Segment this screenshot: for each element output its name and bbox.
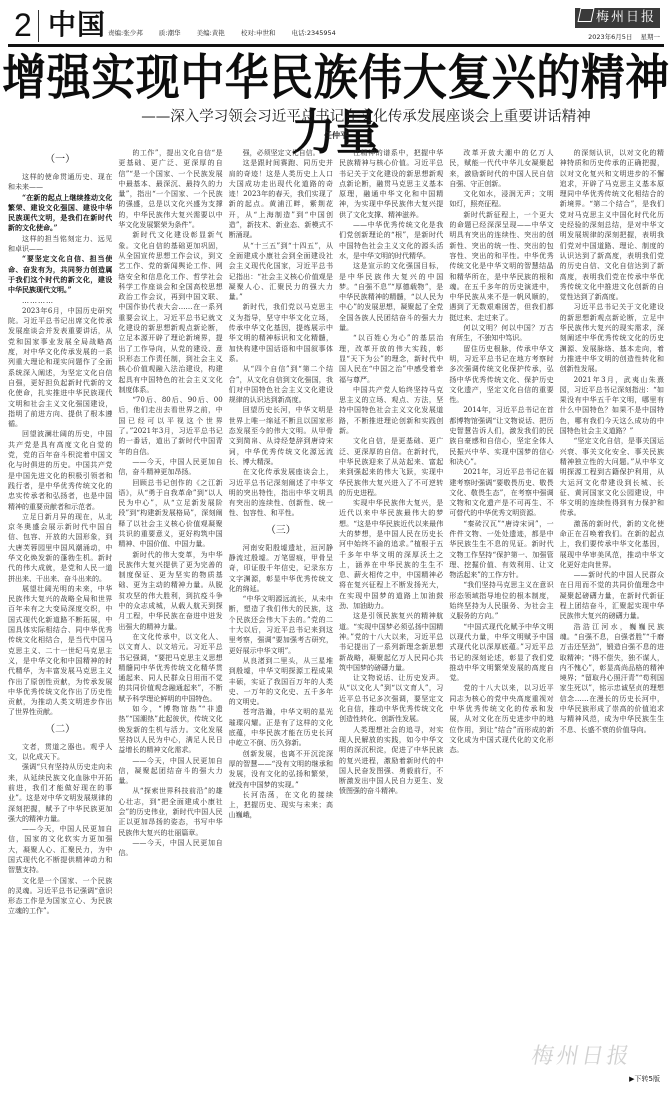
paragraph: 这样的使命贯通历史、现在和未来—— (8, 172, 112, 193)
text-column: 的工作”，提出文化自信“是更基础、更广泛、更深厚的自信”“是一个国家、一个民族发… (118, 148, 222, 1090)
masthead-divider (38, 10, 39, 42)
paragraph: 在文化传承中，以文化人、以文育人、以文培元。习近平总书记强调，“要把马克思主义思… (118, 632, 222, 704)
text-column: （一）这样的使命贯通历史、现在和未来——“在新的起点上继续推动文化繁荣、建设文化… (8, 148, 112, 1090)
paragraph: 回顾总书记创作的《之江新语》，从“勇于自我革命”到“以人民为中心”，从“立足新发… (118, 478, 222, 550)
paragraph: 回望历史长河，中华文明是世界上唯一绵延不断且以国家形态发展至今的伟大文明。从甲骨… (229, 405, 333, 467)
paragraph: “我们坚持马克思主义在意识形态领域指导地位的根本制度，始终坚持为人民服务、为社会… (449, 580, 553, 621)
article-headline: 增强实现中华民族伟大复兴的精神力量 (0, 51, 672, 161)
paragraph: 的深刻认识，以对文化的精神特质和历史传承的正确把握，以对文化复兴和文明进步的不懈… (560, 148, 664, 302)
paragraph: 如今，“博物馆热”“非遗热”“国潮热”此起彼伏，传统文化焕发新的生机与活力。文化… (118, 704, 222, 755)
weekday: 星期一 (641, 33, 661, 41)
article-subheadline: ——深入学习领会习近平总书记在文化传承发展座谈会上重要讲话精神 (0, 108, 672, 126)
paragraph: 展望壮阔光明的未来，中华民族伟大复兴的战略全局和世界百年未有之大变局深度交织，中… (8, 584, 112, 718)
text-column: 在精神的谱系中，把握中华民族精神与核心价值。习近平总书记关于文化建设的新思想新观… (339, 148, 443, 1090)
paragraph: 浩浩江河水，巍巍民族魂。“自强不息，自强者胜”“千磨万击还坚劲”，锻造自强不息的… (560, 622, 664, 735)
paragraph: 强，必须坚定文化自信。 (229, 148, 333, 158)
continued-on-page[interactable]: ▶下转5版 (625, 1074, 660, 1084)
paragraph: 创新发展，也离不开沉淀深厚的智慧——“没有文明的继承和发展，没有文化的弘扬和繁荣… (229, 749, 333, 790)
paragraph: 让文物说话、让历史发声。从“以文化人”到“以文育人”，习近平总书记多次强调，要坚… (339, 673, 443, 724)
credit-check: 校对:申世和 (241, 29, 276, 37)
paragraph: 从“探索世界科技前沿”的雄心壮志，到“把全面建成小康社会”的历史伟业，新时代中国… (118, 786, 222, 837)
text-column: 强，必须坚定文化自信。这是跟时间赛跑、同历史并肩的奇迹！这是人类历史上人口大国成… (229, 148, 333, 1090)
paragraph: 新时代的伟大变革，为中华民族伟大复兴提供了更为完善的制度保证、更为坚实的物质基础… (118, 550, 222, 632)
newspaper-name: 梅州日报 (596, 10, 656, 25)
paragraph: 这样的担当铭刻定力、远见和卓识—— (8, 234, 112, 255)
credit-design: 美编:黄艳 (197, 29, 225, 37)
paragraph: 立足日新月异的现在，从北京冬奥盛会展示新时代中国自信、包容、开放的大国形象，到大… (8, 512, 112, 584)
paragraph: 强调“只有坚持从历史走向未来，从延续民族文化血脉中开拓前进，我们才能做好现在的事… (8, 762, 112, 824)
masthead: 2 中国 责编:张少邦 质:潮华 美编:黄艳 校对:申世和 电话:2345954… (8, 6, 664, 44)
section-heading: （一） (8, 152, 112, 168)
paragraph: “秦砖汉瓦”“唐诗宋词”，一件件文物、一处处遗迹，都是中华民族生生不息的见证。新… (449, 519, 553, 581)
paragraph: “坚定文化自信，是事关国运兴衰、事关文化安全、事关民族精神独立性的大问题。”从中… (560, 436, 664, 518)
paragraph: 文化自信，是更基础、更广泛、更深厚的自信。在新时代，中华民族迎来了从站起来、富起… (339, 436, 443, 498)
paragraph: 长河浩荡，在文化的接续上，把握历史、现实与未来；高山巍峨， (229, 790, 333, 821)
section-heading: （二） (8, 722, 112, 738)
credit-editor: 责编:张少邦 (108, 29, 143, 37)
paragraph: 2021年，习近平总书记在福建考察时强调“要敬畏历史、敬畏文化、敬畏生态”，在考… (449, 467, 553, 518)
paragraph: 新时代文化建设彰显新气象。文化自信的基础更加巩固，从全国宣传思想工作会议，到文艺… (118, 230, 222, 395)
newspaper-logo: 梅州日报 (575, 8, 660, 28)
paragraph: 苍穹浩瀚，中华文明的星光璀璨闪耀。正是有了这样的文化底蕴，中华民族才能在历史长河… (229, 707, 333, 748)
paragraph: 文化是一个国家、一个民族的灵魂。习近平总书记强调“意识形态工作是为国家立心、为民… (8, 876, 112, 917)
section-heading: （三） (229, 523, 333, 539)
section-title: 中国 (48, 9, 106, 41)
paragraph: “中国式现代化赋予中华文明以现代力量，中华文明赋予中国式现代化以深厚底蕴。”习近… (449, 622, 553, 684)
paragraph: “中华文明源远流长，从未中断，塑造了我们伟大的民族，这个民族还会伟大下去的。”党… (229, 594, 333, 656)
article-body: （一）这样的使命贯通历史、现在和未来——“在新的起点上继续推动文化繁荣、建设文化… (8, 148, 664, 1090)
paragraph: 从“四个自信”到“第二个结合”，从文化自信到文化强国，我们对中国特色社会主义文化… (229, 364, 333, 405)
paragraph: 新时代新征程上，一个更大的命题已经深深呈现——中华文明具有突出的连续性、突出的创… (449, 210, 553, 323)
paragraph: 习近平总书记关于文化建设的新思想新观点新论断，立足中华民族伟大复兴的现实需求，深… (560, 302, 664, 374)
paragraph: 留住历史根脉，传承中华文明，习近平总书记在地方考察时多次强调传统文化保护传承，弘… (449, 344, 553, 406)
paragraph: ——今天，中国人民更加自信，凝聚起团结奋斗的强大力量。 (118, 756, 222, 787)
paragraph: ——今天，中国人民更加自信，奋斗精神更加昂扬。 (118, 457, 222, 478)
paragraph: ——中华优秀传统文化是我们党创新理论的“根”，是新时代中国特色社会主义文化的源头… (339, 220, 443, 261)
paragraph: 实现中华民族伟大复兴，是近代以来中华民族最伟大的梦想。“这是中华民族近代以来最伟… (339, 498, 443, 611)
paragraph: “以百姓心为心”的基层治理，改革开放的伟大实践，彰显“天下为公”的理念，新时代中… (339, 333, 443, 384)
paragraph: ——今天，中国人民更加自信，国家的文化软实力更加强大，凝聚人心、汇聚民力，为中国… (8, 824, 112, 875)
paragraph: 人类理想社会的追寻，对实现人民解放的实践，如今中华文明的深沉积淀，促进了中华民族… (339, 725, 443, 797)
paragraph: 的工作”，提出文化自信“是更基础、更广泛、更深厚的自信”“是一个国家、一个民族发… (118, 148, 222, 230)
paragraph: 2021年3月，武夷山朱熹园，习近平总书记深刻指出：“如果没有中华五千年文明，哪… (560, 375, 664, 437)
quote-paragraph: “要坚定文化自信、担当使命、奋发有为，共同努力创造属于我们这个时代的新文化，建设… (8, 254, 112, 295)
paragraph: “70后、80后、90后、00后，他们走出去看世界之前，中国已经可以平视这个世界… (118, 395, 222, 457)
paragraph: 新时代，我们党以马克思主义为指导，坚守中华文化立场，传承中华文化基因，提炼展示中… (229, 302, 333, 364)
paragraph: 在精神的谱系中，把握中华民族精神与核心价值。习近平总书记关于文化建设的新思想新观… (339, 148, 443, 220)
paragraph: 在文化传承发展座谈会上，习近平总书记深刻阐述了中华文明的突出特性，指出中华文明具… (229, 467, 333, 518)
credit-proof: 质:潮华 (159, 29, 181, 37)
text-column: 的深刻认识，以对文化的精神特质和历史传承的正确把握，以对文化复兴和文明进步的不懈… (560, 148, 664, 1090)
paragraph: 文化如水，浸润无声；文明如灯，照亮征程。 (449, 189, 553, 210)
paragraph: 2023年6月，中国历史研究院。习近平总书记出席文化传承发展座谈会并发表重要讲话… (8, 306, 112, 430)
issue-date: 2023年6月5日 星期一 (582, 32, 660, 41)
masthead-rule (8, 44, 664, 47)
paragraph: 河南安阳殷墟遗址，洹河静静流过殷墟。万笔留痕，甲骨呈奇，印证殷千年信史，记录东方… (229, 543, 333, 594)
credit-phone: 电话:2345954 (292, 29, 336, 37)
text-column: 改革开放大潮中的亿万人民，赋能一代代中华儿女凝聚起来，激励新时代的中国人民自信自… (449, 148, 553, 1090)
paragraph: 这是引领民族复兴的精神航道。“实现中国梦必须弘扬中国精神。”党的十八大以来，习近… (339, 611, 443, 673)
paragraph: 中国共产党人始终坚持马克思主义的立场、观点、方法，坚持中国特色社会主义文化发展道… (339, 385, 443, 436)
paragraph: 改革开放大潮中的亿万人民，赋能一代代中华儿女凝聚起来，激励新时代的中国人民自信自… (449, 148, 553, 189)
date: 2023年6月5日 (588, 33, 632, 41)
paragraph: 回望波澜壮阔的历史，中国共产党是具有高度文化自觉的党，党的百年奋斗积淀着中国文化… (8, 429, 112, 511)
article-byline: 任仲平 (0, 130, 672, 141)
paragraph: 文者，贯道之器也。观乎人文，以化成天下。 (8, 742, 112, 763)
ellipsis-separator: ………… (8, 296, 112, 306)
paragraph: 2014年，习近平总书记在首都博物馆强调“让文物说话、把历史智慧告诉人们，激发我… (449, 405, 553, 467)
paragraph: 这是跟时间赛跑、同历史并肩的奇迹！这是人类历史上人口大国成功走出现代化道路的奇迹… (229, 158, 333, 240)
editorial-credits: 责编:张少邦 质:潮华 美编:黄艳 校对:申世和 电话:2345954 (108, 28, 344, 37)
page-number: 2 (14, 8, 32, 42)
paragraph: 激荡的新时代，新的文化使命正在召唤着我们。在新的起点上，我们要传承中华文化基因，… (560, 519, 664, 570)
paragraph: 从“十三五”到“十四五”，从全面建成小康社会到全面建设社会主义现代化国家，习近平… (229, 241, 333, 303)
quote-paragraph: “在新的起点上继续推动文化繁荣、建设文化强国、建设中华民族现代文明，是我们在新时… (8, 193, 112, 234)
paragraph: 从良渚到二里头，从三星堆到殷墟，中华文明探源工程成果丰硕，实证了我国百万年的人类… (229, 656, 333, 707)
paragraph: ——今天，中国人民更加自信。 (118, 838, 222, 859)
paragraph: 何以文明？何以中国？万古有所生，不独知中笃识。 (449, 323, 553, 344)
paragraph: 党的十八大以来，以习近平同志为核心的党中央高度重视对中华优秀传统文化的传承和发展… (449, 683, 553, 755)
logo-mark-icon (577, 8, 594, 22)
paragraph: ——新时代的中国人民群众在日用而不觉的共同价值理念中凝聚起磅礴力量，在新时代新征… (560, 570, 664, 621)
paragraph: 这是宣示的文化强国目标，是中华民族伟大复兴的中国梦。“自强不息”“厚德载物”，是… (339, 261, 443, 333)
